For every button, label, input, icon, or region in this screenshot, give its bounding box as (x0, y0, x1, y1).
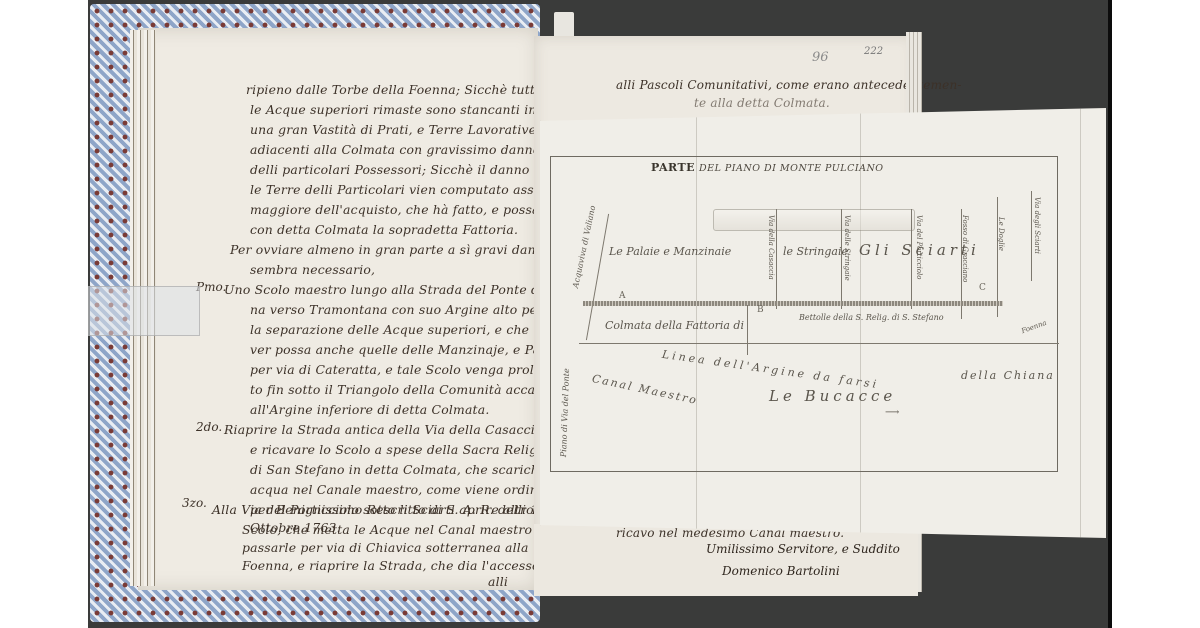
manuscript-line: to fin sotto il Triangolo della Comunità… (250, 380, 556, 400)
region-label-chiana: della Chiana (961, 369, 1055, 382)
manuscript-line: la separazione delle Acque superiori, e … (250, 320, 563, 340)
colmata-boundary (579, 343, 1059, 344)
region-label-colmata: Colmata della Fattoria di (605, 319, 744, 332)
road-label: Via della Casaccia (767, 215, 775, 280)
region-label-foenna: Foenna (1020, 319, 1047, 335)
manuscript-line: maggiore dell'acquisto, che hà fatto, e … (250, 200, 570, 220)
signature-strip: ricavo nel medesimo Canal maestro. Umili… (534, 524, 918, 596)
road-line (1031, 191, 1032, 281)
manuscript-line: ripieno dalle Torbe della Foenna; Sicchè… (246, 80, 543, 100)
manuscript-line: all'Argine inferiore di detta Colmata. (250, 400, 489, 420)
manuscript-line: acqua nel Canale maestro, come viene ord… (250, 480, 558, 500)
manuscript-line: Scolo, che metta le Acque nel Canal maes… (242, 520, 559, 540)
point-label-c: C (979, 283, 986, 293)
road-line (841, 209, 842, 309)
point-label-b: B (757, 305, 764, 315)
manuscript-line: Uno Scolo maestro lungo alla Strada del … (224, 280, 583, 300)
manuscript-line: Alla Via del Porticciolo sotto li Sciart… (212, 500, 534, 520)
manuscript-line: una gran Vastità di Prati, e Terre Lavor… (250, 120, 536, 140)
tape-strip (88, 286, 200, 336)
manuscript-line: adiacenti alla Colmata con gravissimo da… (250, 140, 540, 160)
signature: Domenico Bartolini (722, 564, 840, 578)
manuscript-line: sembra necessario, (250, 260, 375, 280)
closing-formula: Umilissimo Servitore, e Suddito (706, 542, 900, 556)
point-label-a: A (619, 291, 626, 301)
road-label: Via degli Sciarti (1033, 197, 1041, 254)
manuscript-line: le Terre delli Particolari vien computat… (250, 180, 546, 200)
margin-note-3: 3zo. (182, 496, 207, 510)
top-edge-mark: 222 (864, 46, 883, 57)
manuscript-line: te alla detta Colmata. (694, 94, 830, 114)
manuscript-line: delli particolari Possessori; Sicchè il … (250, 160, 558, 180)
manuscript-line: Per ovviare almeno in gran parte a sì gr… (230, 240, 552, 260)
manuscript-line: di San Stefano in detta Colmata, che sca… (250, 460, 555, 480)
region-label-piano: Piano di Via del Ponte (559, 368, 571, 457)
corner-number: 96 (812, 50, 829, 65)
manuscript-line: le Acque superiori rimaste sono stancant… (250, 100, 537, 120)
map-title-text: DEL PIANO DI MONTE PULCIANO (699, 163, 884, 174)
photo-background: ripieno dalle Torbe della Foenna; Sicchè… (88, 0, 1112, 628)
map-title-prefix: PARTE (651, 161, 695, 174)
margin-note-1: Pmo. (196, 280, 226, 294)
drain-line (747, 305, 748, 355)
road-line (911, 209, 912, 309)
road-line (997, 197, 998, 317)
manuscript-line: ver possa anche quelle delle Manzinaje, … (250, 340, 564, 360)
manuscript-line: Riaprire la Strada antica della Via dell… (224, 420, 547, 440)
region-label-acquaviva: Acquaviva di Valiano (571, 205, 597, 289)
manuscript-line: e ricavare lo Scolo a spese della Sacra … (250, 440, 565, 460)
title-ribbon (713, 209, 915, 231)
region-label-sciarti: Gli Sciarti (859, 241, 980, 259)
region-label-bettolle: Bettolle della S. Relig. di S. Stefano (799, 313, 944, 322)
road-label: Le Doglie (997, 217, 1005, 251)
region-label-argine: Linea dell'Argine da farsi (661, 348, 880, 391)
manuscript-line: con detta Colmata la sopradetta Fattoria… (250, 220, 518, 240)
arrow-icon: ⟶ (885, 407, 899, 418)
road-horizontal (583, 301, 1003, 306)
map-frame: PARTEDEL PIANO DI MONTE PULCIANO Via del… (550, 156, 1058, 472)
manuscript-line: per via di Cateratta, e tale Scolo venga… (250, 360, 570, 380)
region-label-bucacce: Le Bucacce (769, 387, 896, 405)
fold-line (1080, 108, 1081, 538)
region-label-canal: Canal Maestro (591, 372, 699, 407)
manuscript-line: na verso Tramontana con suo Argine alto … (250, 300, 543, 320)
catchword: alli (488, 572, 508, 592)
scan-edge (1108, 0, 1112, 628)
margin-note-2: 2do. (196, 420, 222, 434)
map-sheet: 95 PARTEDEL PIANO DI MONTE PULCIANO Via … (540, 108, 1106, 538)
map-title: PARTEDEL PIANO DI MONTE PULCIANO (651, 161, 884, 174)
region-label-palaie: Le Palaie e Manzinaie (609, 245, 731, 258)
region-label-stringaie: le Stringaie (783, 245, 848, 258)
manuscript-line: passarle per via di Chiavica sotterranea… (242, 538, 529, 558)
road-line (776, 209, 777, 309)
